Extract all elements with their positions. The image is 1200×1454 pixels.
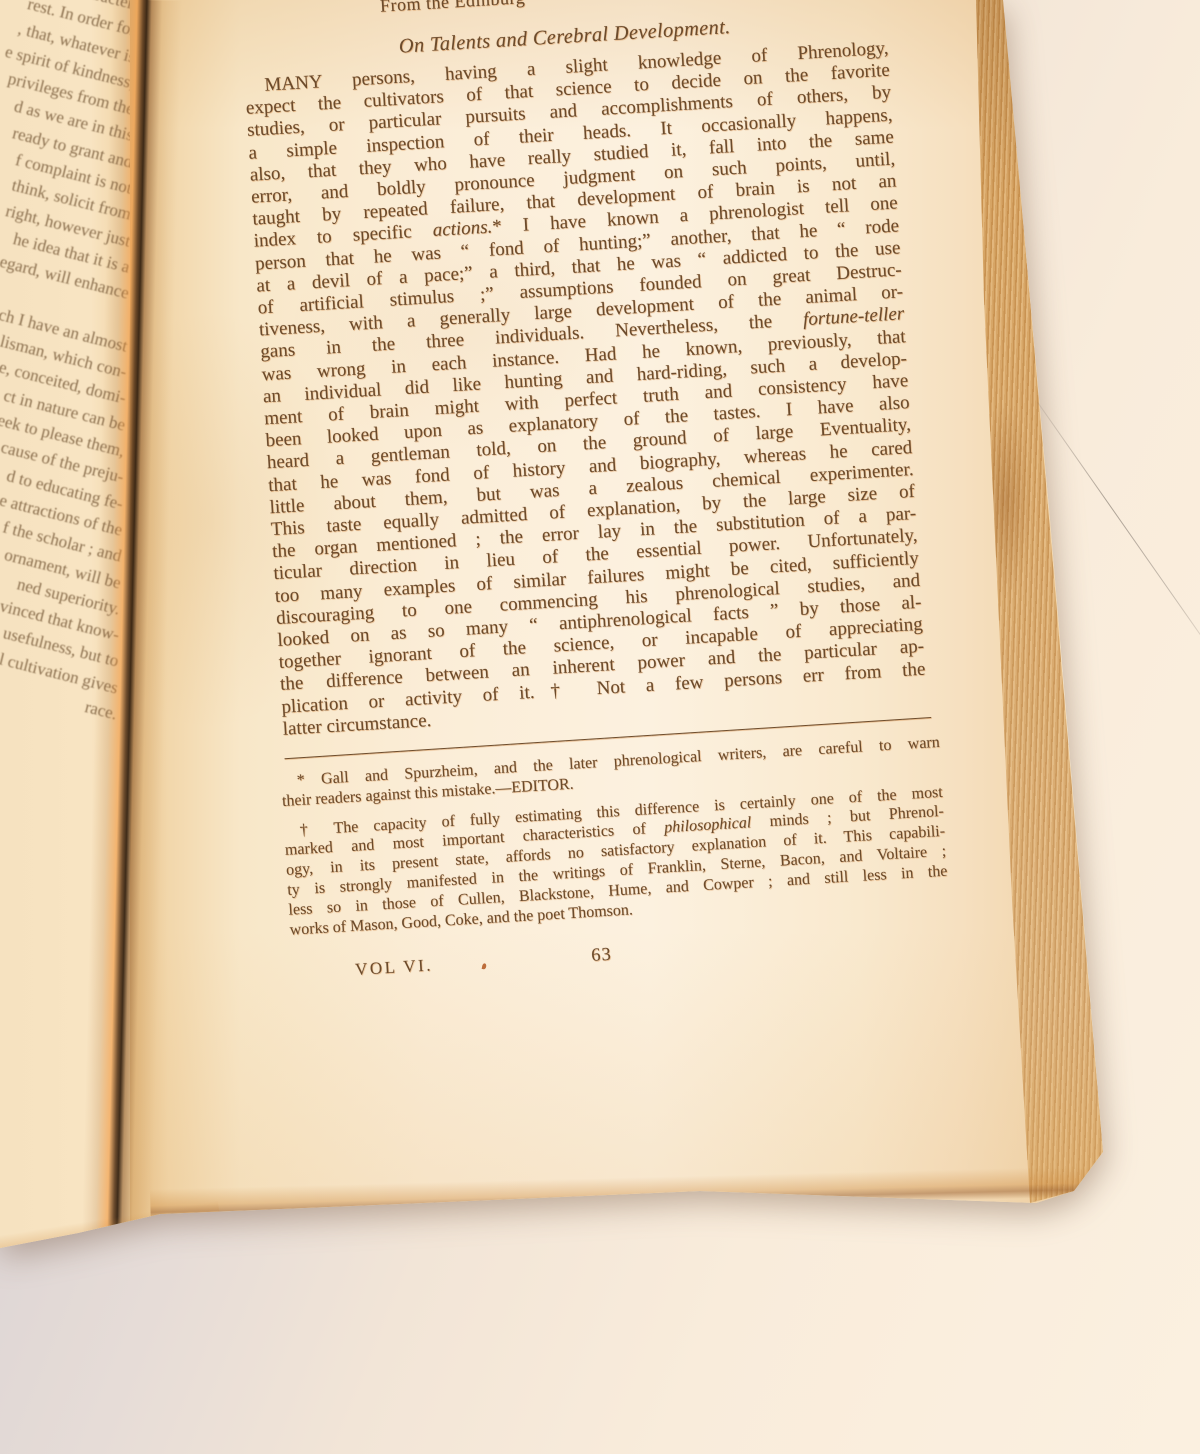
- book-pages: ale character,rest. In order for, that, …: [0, 0, 1200, 1454]
- book-photograph: ale character,rest. In order for, that, …: [0, 0, 1200, 1454]
- footnote-dagger: † The capacity of fully estimating this …: [283, 783, 949, 941]
- printed-page-content: From the Edinburg On Talents and Cerebra…: [196, 0, 952, 988]
- article-body: MANY persons, having a slight knowledge …: [244, 38, 927, 741]
- page-number: 63: [591, 945, 613, 967]
- open-book: ale character,rest. In order for, that, …: [0, 0, 1200, 1454]
